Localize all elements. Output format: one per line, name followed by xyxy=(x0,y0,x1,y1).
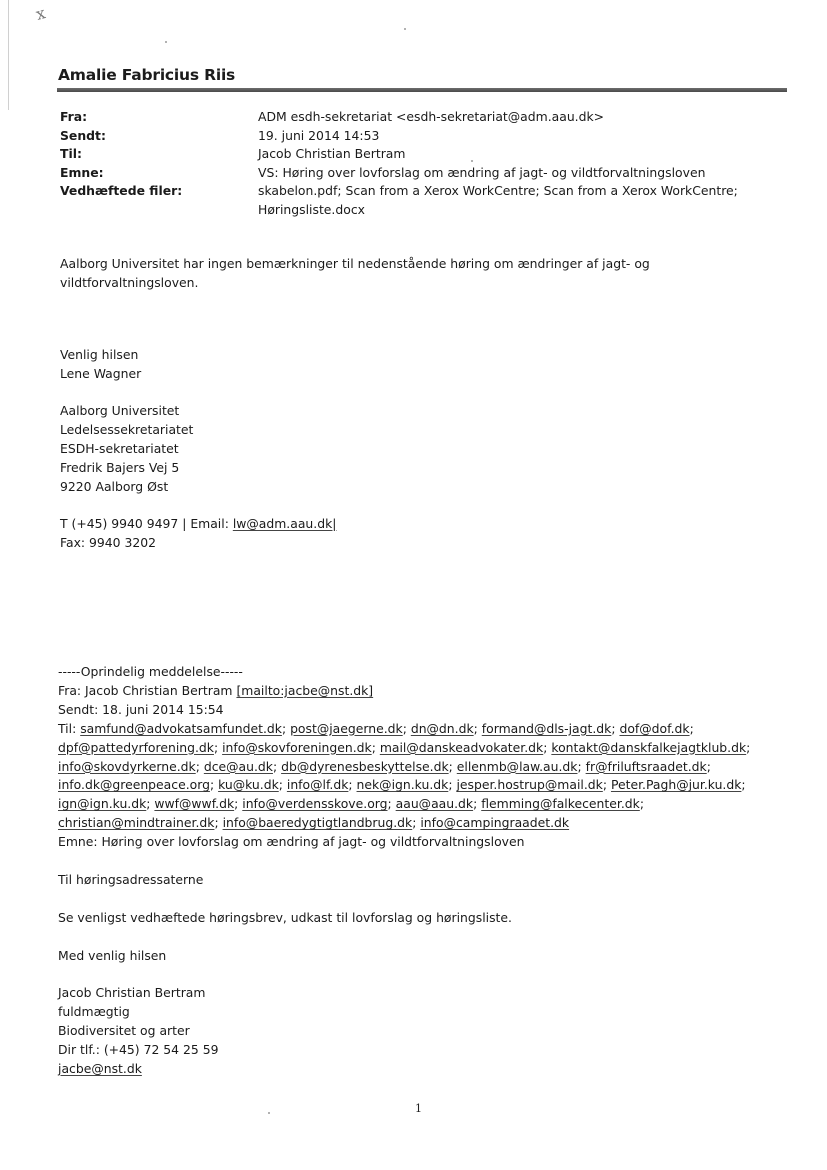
recipient-email-link[interactable]: info@campingraadet.dk xyxy=(420,815,569,830)
recipient-email-link[interactable]: wwf@wwf.dk xyxy=(154,796,234,811)
attachment-list-cont: Høringsliste.docx xyxy=(258,201,780,220)
header-label: Emne: xyxy=(60,164,258,183)
recipient-email-link[interactable]: post@jaegerne.dk xyxy=(290,721,403,736)
header-row-attachments: Vedhæftede filer: skabelon.pdf; Scan fro… xyxy=(60,182,780,219)
margin-mark: x xyxy=(34,3,48,24)
original-message: -----Oprindelig meddelelse----- Fra: Jac… xyxy=(58,663,798,1079)
recipient-email-link[interactable]: formand@dls-jagt.dk xyxy=(482,721,612,736)
signature-line: Dir tlf.: (+45) 72 54 25 59 xyxy=(58,1041,798,1060)
phone: T (+45) 9940 9497 | Email: xyxy=(60,516,233,531)
greeting: Til høringsadressaterne xyxy=(58,871,798,890)
header-row-from: Fra: ADM esdh-sekretariat <esdh-sekretar… xyxy=(60,108,780,127)
header-label: Vedhæftede filer: xyxy=(60,182,258,219)
owner-heading: Amalie Fabricius Riis xyxy=(58,66,235,84)
email-header: Fra: ADM esdh-sekretariat <esdh-sekretar… xyxy=(60,108,780,219)
sender-name: Lene Wagner xyxy=(60,365,760,384)
recipient-email-link[interactable]: fr@friluftsraadet.dk xyxy=(586,759,707,774)
recipient-email-link[interactable]: dof@dof.dk xyxy=(619,721,689,736)
recipient-email-link[interactable]: nek@ign.ku.dk xyxy=(357,777,449,792)
original-from: Fra: Jacob Christian Bertram [mailto:jac… xyxy=(58,682,798,701)
header-row-to: Til: Jacob Christian Bertram xyxy=(60,145,780,164)
recipient-email-link[interactable]: kontakt@danskfalkejagtklub.dk xyxy=(551,740,746,755)
page-number: 1 xyxy=(415,1102,422,1115)
signature-line: Biodiversitet og arter xyxy=(58,1022,798,1041)
original-closing: Med venlig hilsen xyxy=(58,947,798,966)
header-value: skabelon.pdf; Scan from a Xerox WorkCent… xyxy=(258,182,780,219)
header-row-sent: Sendt: 19. juni 2014 14:53 xyxy=(60,127,780,146)
original-separator: -----Oprindelig meddelelse----- xyxy=(58,663,798,682)
recipient-email-link[interactable]: mail@danskeadvokater.dk xyxy=(380,740,543,755)
org-line: ESDH-sekretariatet xyxy=(60,440,760,459)
header-label: Sendt: xyxy=(60,127,258,146)
recipient-email-link[interactable]: db@dyrenesbeskyttelse.dk xyxy=(281,759,449,774)
recipient-email-link[interactable]: info@lf.dk xyxy=(287,777,349,792)
contact-line: T (+45) 9940 9497 | Email: lw@adm.aau.dk… xyxy=(60,515,760,534)
recipient-email-link[interactable]: Peter.Pagh@jur.ku.dk xyxy=(611,777,741,792)
header-label: Til: xyxy=(60,145,258,164)
original-subject: Emne: Høring over lovforslag om ændring … xyxy=(58,833,798,852)
recipient-email-link[interactable]: ku@ku.dk xyxy=(218,777,279,792)
recipient-list: Til: samfund@advokatsamfundet.dk; post@j… xyxy=(58,720,798,833)
scan-edge xyxy=(8,0,9,110)
header-value: ADM esdh-sekretariat <esdh-sekretariat@a… xyxy=(258,108,780,127)
heading-rule xyxy=(57,88,787,92)
recipient-email-link[interactable]: info@baeredygtigtlandbrug.dk xyxy=(223,815,413,830)
closing: Venlig hilsen xyxy=(60,346,760,365)
org-line: 9220 Aalborg Øst xyxy=(60,478,760,497)
recipient-email-link[interactable]: ellenmb@law.au.dk xyxy=(457,759,578,774)
attachment-list: skabelon.pdf; Scan from a Xerox WorkCent… xyxy=(258,182,780,201)
mailto-link[interactable]: [mailto:jacbe@nst.dk] xyxy=(236,683,373,698)
scan-speck xyxy=(268,1112,270,1114)
recipient-email-link[interactable]: samfund@advokatsamfundet.dk xyxy=(80,721,282,736)
recipient-email-link[interactable]: dn@dn.dk xyxy=(411,721,474,736)
recipient-email-link[interactable]: aau@aau.dk xyxy=(396,796,473,811)
fax: Fax: 9940 3202 xyxy=(60,534,760,553)
scan-speck xyxy=(404,28,406,30)
recipient-email-link[interactable]: dce@au.dk xyxy=(204,759,273,774)
header-value: VS: Høring over lovforslag om ændring af… xyxy=(258,164,780,183)
scan-speck xyxy=(165,41,167,43)
org-line: Aalborg Universitet xyxy=(60,402,760,421)
recipient-email-link[interactable]: info.dk@greenpeace.org xyxy=(58,777,210,792)
recipient-email-link[interactable]: jesper.hostrup@mail.dk xyxy=(456,777,602,792)
org-line: Fredrik Bajers Vej 5 xyxy=(60,459,760,478)
signature-line: Jacob Christian Bertram xyxy=(58,984,798,1003)
header-label: Fra: xyxy=(60,108,258,127)
original-body: Se venligst vedhæftede høringsbrev, udka… xyxy=(58,909,798,928)
recipient-email-link[interactable]: dpf@pattedyrforening.dk xyxy=(58,740,214,755)
to-label: Til: xyxy=(58,721,80,736)
message-line: vildtforvaltningsloven. xyxy=(60,274,760,293)
recipient-email-link[interactable]: ign@ign.ku.dk xyxy=(58,796,146,811)
header-value: Jacob Christian Bertram xyxy=(258,145,780,164)
recipient-email-link[interactable]: info@skovforeningen.dk xyxy=(222,740,372,755)
recipient-email-link[interactable]: flemming@falkecenter.dk xyxy=(481,796,640,811)
original-sent: Sendt: 18. juni 2014 15:54 xyxy=(58,701,798,720)
org-line: Ledelsessekretariatet xyxy=(60,421,760,440)
signature-email-link[interactable]: jacbe@nst.dk xyxy=(58,1061,142,1076)
recipient-email-link[interactable]: christian@mindtrainer.dk xyxy=(58,815,214,830)
signature-block: Venlig hilsen Lene Wagner Aalborg Univer… xyxy=(60,346,760,553)
from-label: Fra: Jacob Christian Bertram xyxy=(58,683,236,698)
email-link[interactable]: lw@adm.aau.dk| xyxy=(233,516,337,531)
recipient-email-link[interactable]: info@verdensskove.org xyxy=(242,796,387,811)
signature-line: fuldmægtig xyxy=(58,1003,798,1022)
recipient-email-link[interactable]: info@skovdyrkerne.dk xyxy=(58,759,196,774)
header-row-subject: Emne: VS: Høring over lovforslag om ændr… xyxy=(60,164,780,183)
message-line: Aalborg Universitet har ingen bemærkning… xyxy=(60,255,760,274)
header-value: 19. juni 2014 14:53 xyxy=(258,127,780,146)
message-body: Aalborg Universitet har ingen bemærkning… xyxy=(60,255,760,293)
